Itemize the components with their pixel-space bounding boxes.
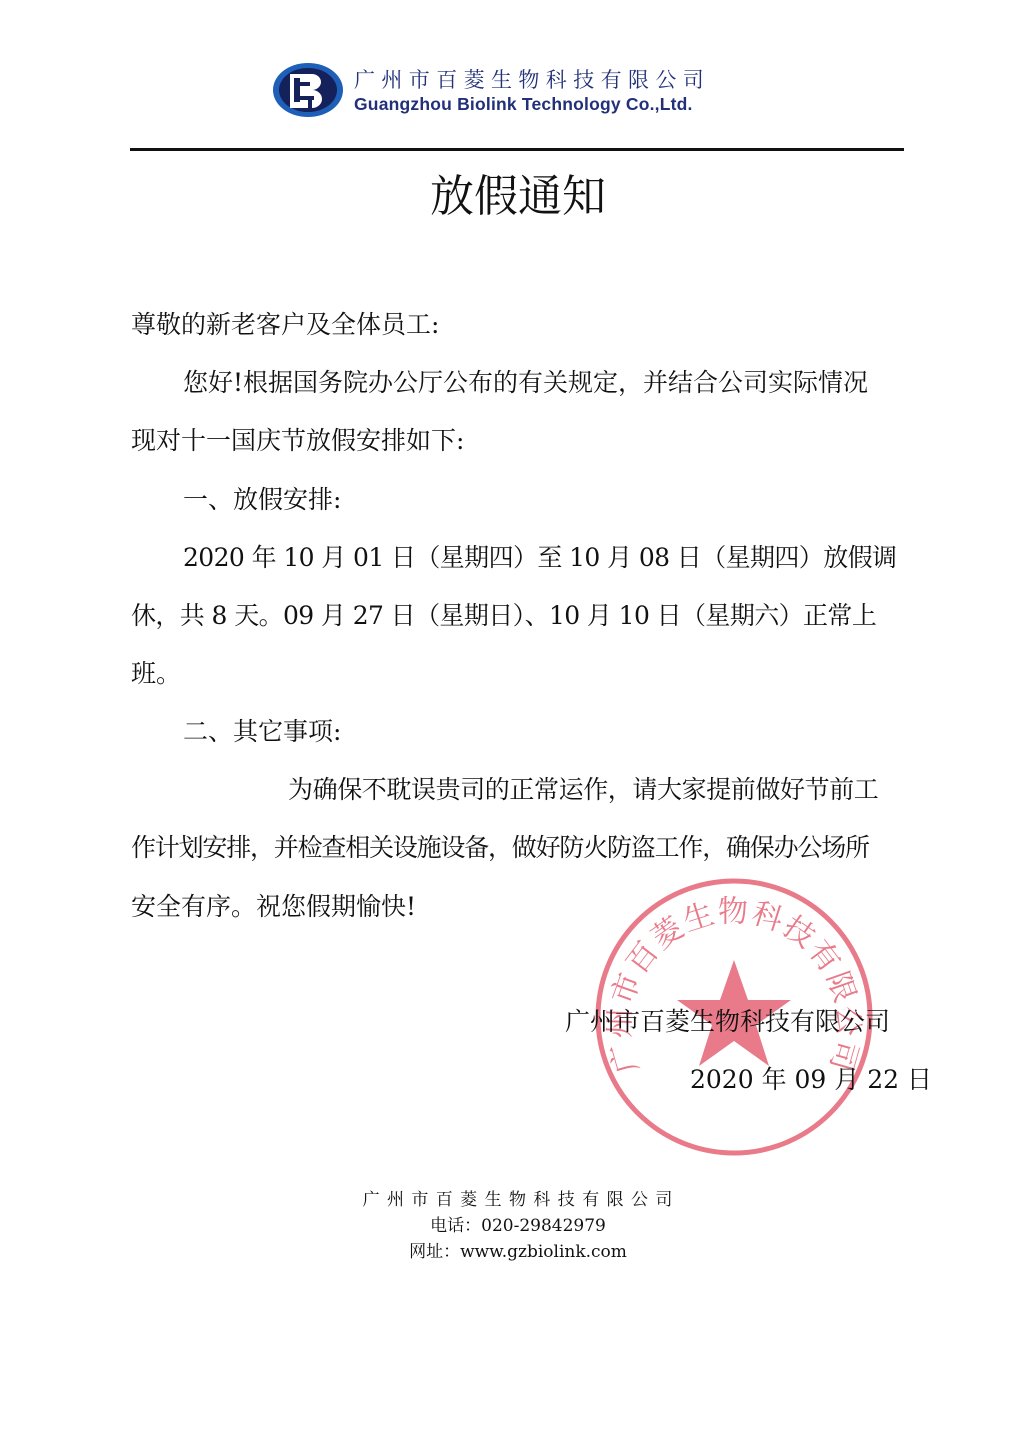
company-name-cn: 广州市百菱生物科技有限公司	[354, 64, 710, 94]
biolink-logo-icon	[272, 62, 344, 118]
page-title: 放假通知	[0, 160, 1036, 224]
section1-heading: 一、放假安排:	[183, 487, 341, 512]
footer-company: 广 州 市 百 菱 生 物 科 技 有 限 公 司	[0, 1185, 1036, 1210]
section2-heading: 二、其它事项:	[183, 719, 341, 744]
letterhead: 广州市百菱生物科技有限公司 Guangzhou Biolink Technolo…	[272, 62, 772, 122]
header-divider	[130, 148, 904, 151]
section2-line-3: 安全有序。祝您假期愉快!	[131, 894, 416, 919]
signature-company: 广州市百菱生物科技有限公司	[565, 1009, 890, 1034]
signature-date: 2020 年 09 月 22 日	[690, 1067, 932, 1092]
footer-phone: 电话：020-29842979	[0, 1211, 1036, 1236]
section2-line-1: 为确保不耽误贵司的正常运作，请大家提前做好节前工	[288, 777, 878, 802]
intro-line-1: 您好!根据国务院办公厅公布的有关规定，并结合公司实际情况	[183, 370, 868, 395]
salutation: 尊敬的新老客户及全体员工:	[131, 312, 439, 337]
footer-website: 网址：www.gzbiolink.com	[0, 1237, 1036, 1262]
company-name-en: Guangzhou Biolink Technology Co.,Ltd.	[354, 94, 693, 115]
section1-line-3: 班。	[131, 661, 181, 686]
section1-line-1: 2020 年 10 月 01 日（星期四）至 10 月 08 日（星期四）放假调	[183, 545, 896, 570]
intro-line-2: 现对十一国庆节放假安排如下:	[131, 428, 464, 453]
section1-line-2: 休，共 8 天。09 月 27 日（星期日）、10 月 10 日（星期六）正常上	[131, 603, 876, 628]
section2-line-2: 作计划安排，并检查相关设施设备，做好防火防盗工作，确保办公场所	[131, 835, 869, 860]
